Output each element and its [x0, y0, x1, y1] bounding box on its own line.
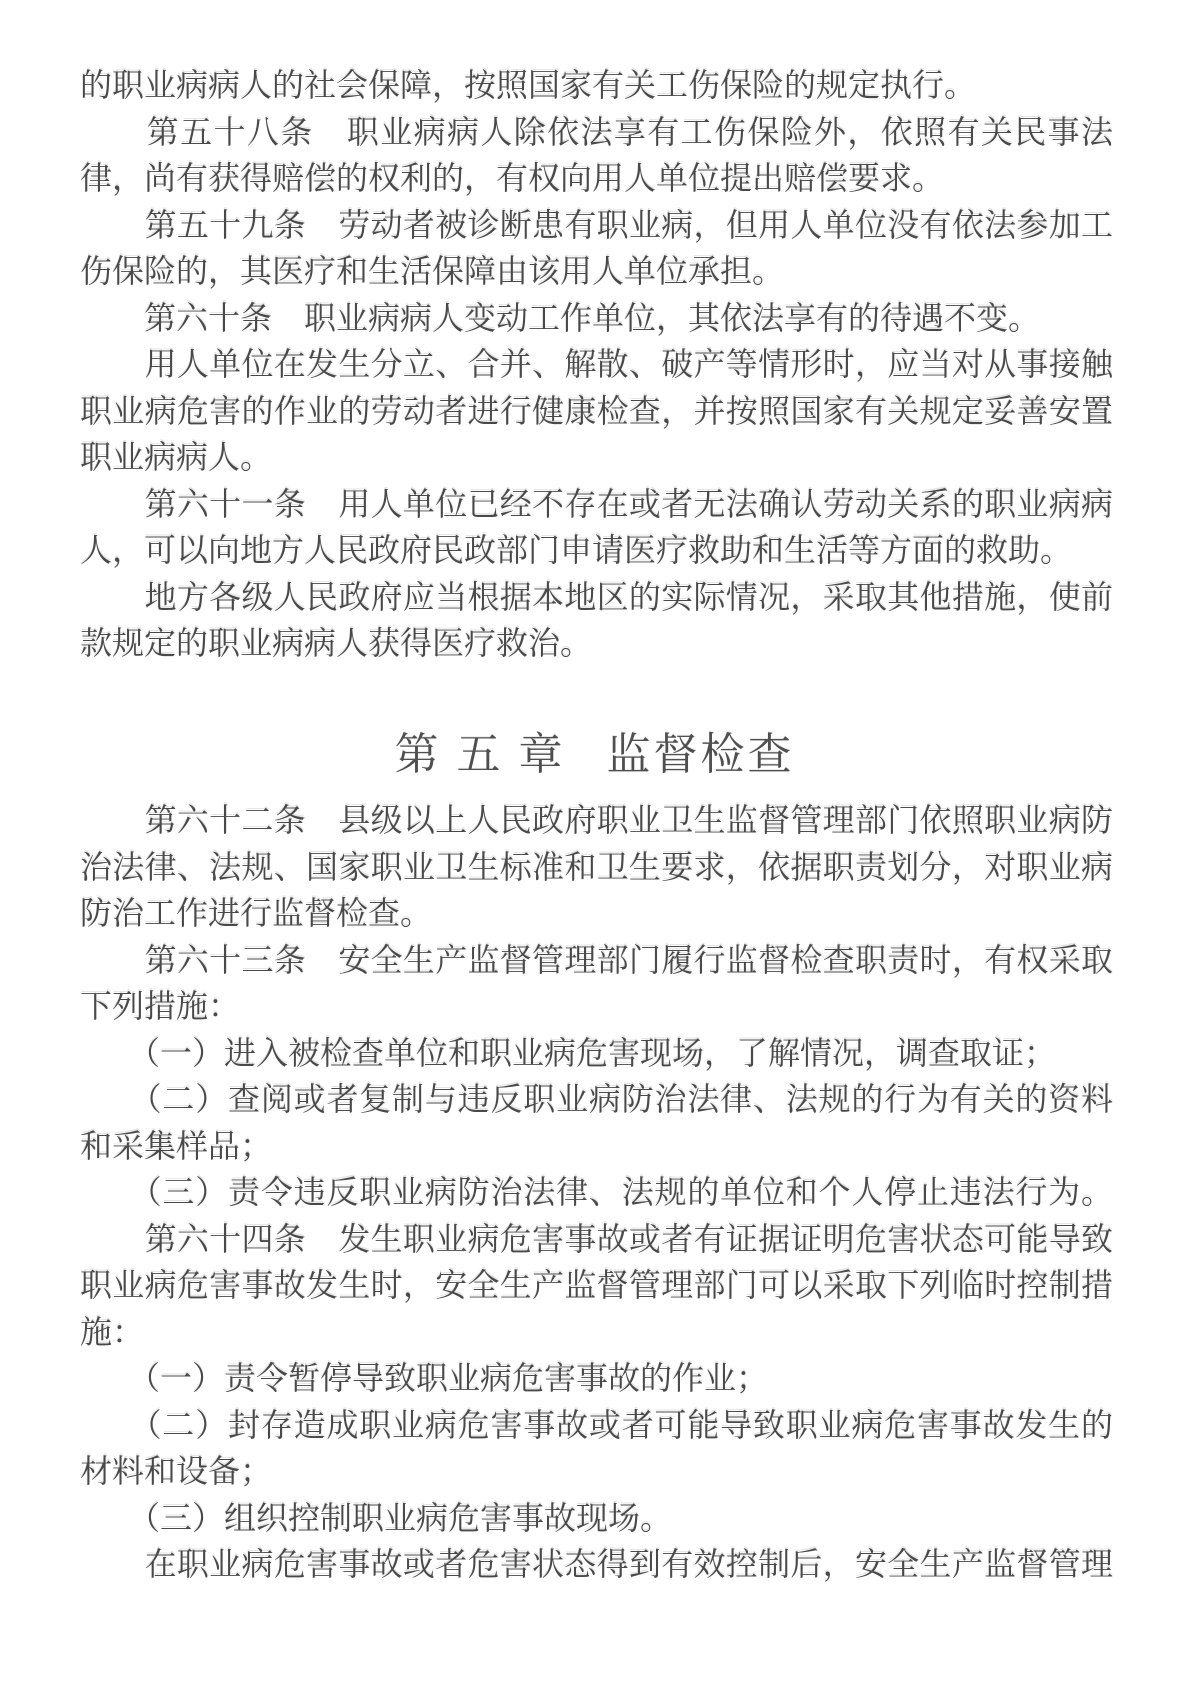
text-line: 第五十九条 劳动者被诊断患有职业病，但用人单位没有依法参加工: [80, 202, 1113, 249]
text-line: 职业病危害的作业的劳动者进行健康检查，并按照国家有关规定妥善安置: [80, 388, 1113, 435]
text-line: 地方各级人民政府应当根据本地区的实际情况，采取其他措施，使前: [80, 574, 1113, 621]
text-line: 用人单位在发生分立、合并、解散、破产等情形时，应当对从事接触: [80, 341, 1113, 388]
text-line: （二）封存造成职业病危害事故或者可能导致职业病危害事故发生的: [80, 1402, 1113, 1449]
text-section-before-heading: 的职业病病人的社会保障，按照国家有关工伤保险的规定执行。 第五十八条 职业病病人…: [80, 62, 1113, 667]
text-line: 防治工作进行监督检查。: [80, 890, 1113, 937]
text-line: （三）责令违反职业病防治法律、法规的单位和个人停止违法行为。: [80, 1169, 1113, 1216]
text-line: （一）责令暂停导致职业病危害事故的作业；: [80, 1355, 1113, 1402]
text-line: 职业病危害事故发生时，安全生产监督管理部门可以采取下列临时控制措: [80, 1262, 1113, 1309]
text-line: 下列措施：: [80, 983, 1113, 1030]
chapter-heading: 第五章监督检查: [0, 725, 1189, 785]
text-line: （一）进入被检查单位和职业病危害现场，了解情况，调查取证；: [80, 1030, 1113, 1077]
chapter-number: 第五章: [395, 730, 581, 779]
text-line: 第六十条 职业病病人变动工作单位，其依法享有的待遇不变。: [80, 295, 1113, 342]
text-line: 在职业病危害事故或者危害状态得到有效控制后，安全生产监督管理: [80, 1541, 1113, 1588]
text-line: 款规定的职业病病人获得医疗救治。: [80, 620, 1113, 667]
text-line: 职业病病人。: [80, 434, 1113, 481]
text-line: 第六十四条 发生职业病危害事故或者有证据证明危害状态可能导致: [80, 1216, 1113, 1263]
chapter-title: 监督检查: [607, 730, 795, 779]
text-line: 伤保险的，其医疗和生活保障由该用人单位承担。: [80, 248, 1113, 295]
text-line: 材料和设备；: [80, 1448, 1113, 1495]
text-line: 第六十一条 用人单位已经不存在或者无法确认劳动关系的职业病病: [80, 481, 1113, 528]
text-line: 和采集样品；: [80, 1123, 1113, 1170]
text-line: （三）组织控制职业病危害事故现场。: [80, 1495, 1113, 1542]
text-line: 施：: [80, 1309, 1113, 1356]
text-line: 律，尚有获得赔偿的权利的，有权向用人单位提出赔偿要求。: [80, 155, 1113, 202]
text-line: 的职业病病人的社会保障，按照国家有关工伤保险的规定执行。: [80, 62, 1113, 109]
document-page: 的职业病病人的社会保障，按照国家有关工伤保险的规定执行。 第五十八条 职业病病人…: [0, 0, 1189, 1683]
text-section-after-heading: 第六十二条 县级以上人民政府职业卫生监督管理部门依照职业病防治法律、法规、国家职…: [80, 797, 1113, 1588]
text-line: 人，可以向地方人民政府民政部门申请医疗救助和生活等方面的救助。: [80, 527, 1113, 574]
text-line: 第六十三条 安全生产监督管理部门履行监督检查职责时，有权采取: [80, 937, 1113, 984]
text-line: 第六十二条 县级以上人民政府职业卫生监督管理部门依照职业病防: [80, 797, 1113, 844]
text-line: 治法律、法规、国家职业卫生标准和卫生要求，依据职责划分，对职业病: [80, 844, 1113, 891]
text-line: 第五十八条 职业病病人除依法享有工伤保险外，依照有关民事法: [80, 109, 1113, 156]
text-line: （二）查阅或者复制与违反职业病防治法律、法规的行为有关的资料: [80, 1076, 1113, 1123]
